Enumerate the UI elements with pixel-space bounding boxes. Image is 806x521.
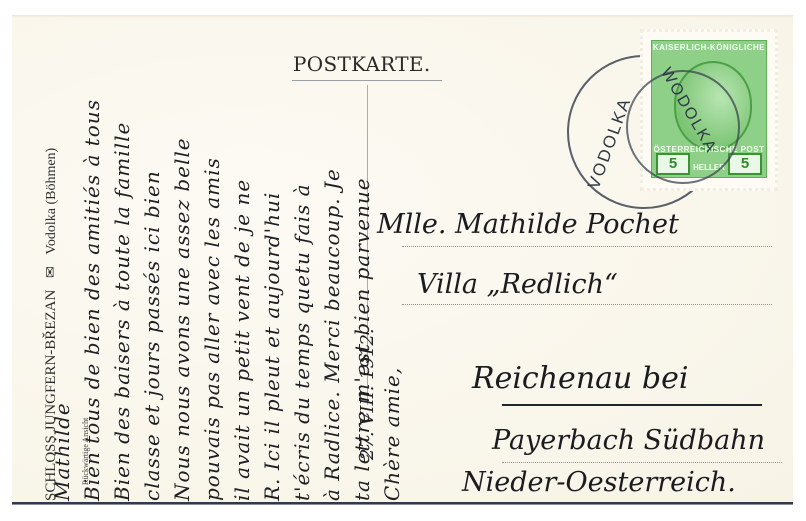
postcard-heading: POSTKARTE.	[293, 52, 430, 76]
message-date: 27. VIII. 1912.	[357, 328, 378, 460]
message-line: Mathilde	[47, 99, 77, 501]
heading-rule	[292, 80, 442, 81]
message-line: classe et jours passés ici bien	[137, 99, 167, 501]
address-line-recipient: Mlle. Mathilde Pochet	[377, 209, 679, 240]
handwritten-message: Mathilde Bien tous de bien des amitiés à…	[47, 99, 407, 501]
message-line: à Radlice. Merci beaucoup. Je	[317, 99, 347, 501]
stamp-top-text: KAISERLICH-KÖNIGLICHE	[652, 43, 766, 52]
message-line: t'écris du temps quetu fais à	[287, 99, 317, 501]
address-line-villa: Villa „Redlich“	[417, 269, 618, 300]
message-line: pouvais pas aller avec les amis	[197, 99, 227, 501]
card-top-edge	[12, 15, 793, 18]
address-line-town: Reichenau bei	[472, 361, 688, 396]
address-rule	[402, 303, 772, 305]
message-line: il avait un petit vent de je ne	[227, 99, 257, 501]
stamp-value-right: 5	[728, 153, 762, 175]
message-line: Bien des baisers à toute la famille	[107, 99, 137, 501]
message-line: R. Ici il pleut et aujourd'hui	[257, 99, 287, 501]
address-rule	[402, 245, 772, 247]
postcard: POSTKARTE. SCHLOSS JUNGFERN-BŘEZAN ✉ Vod…	[12, 15, 793, 504]
message-line: Bien tous de bien des amitiés à tous	[77, 99, 107, 501]
address-line-country: Nieder-Oesterreich.	[462, 467, 736, 498]
address-underline	[502, 403, 762, 406]
message-line: Nous nous avons une assez belle	[167, 99, 197, 501]
address-rule	[502, 461, 782, 463]
address-line-region: Payerbach Südbahn	[492, 425, 765, 456]
message-line: Chère amie,	[377, 99, 407, 501]
